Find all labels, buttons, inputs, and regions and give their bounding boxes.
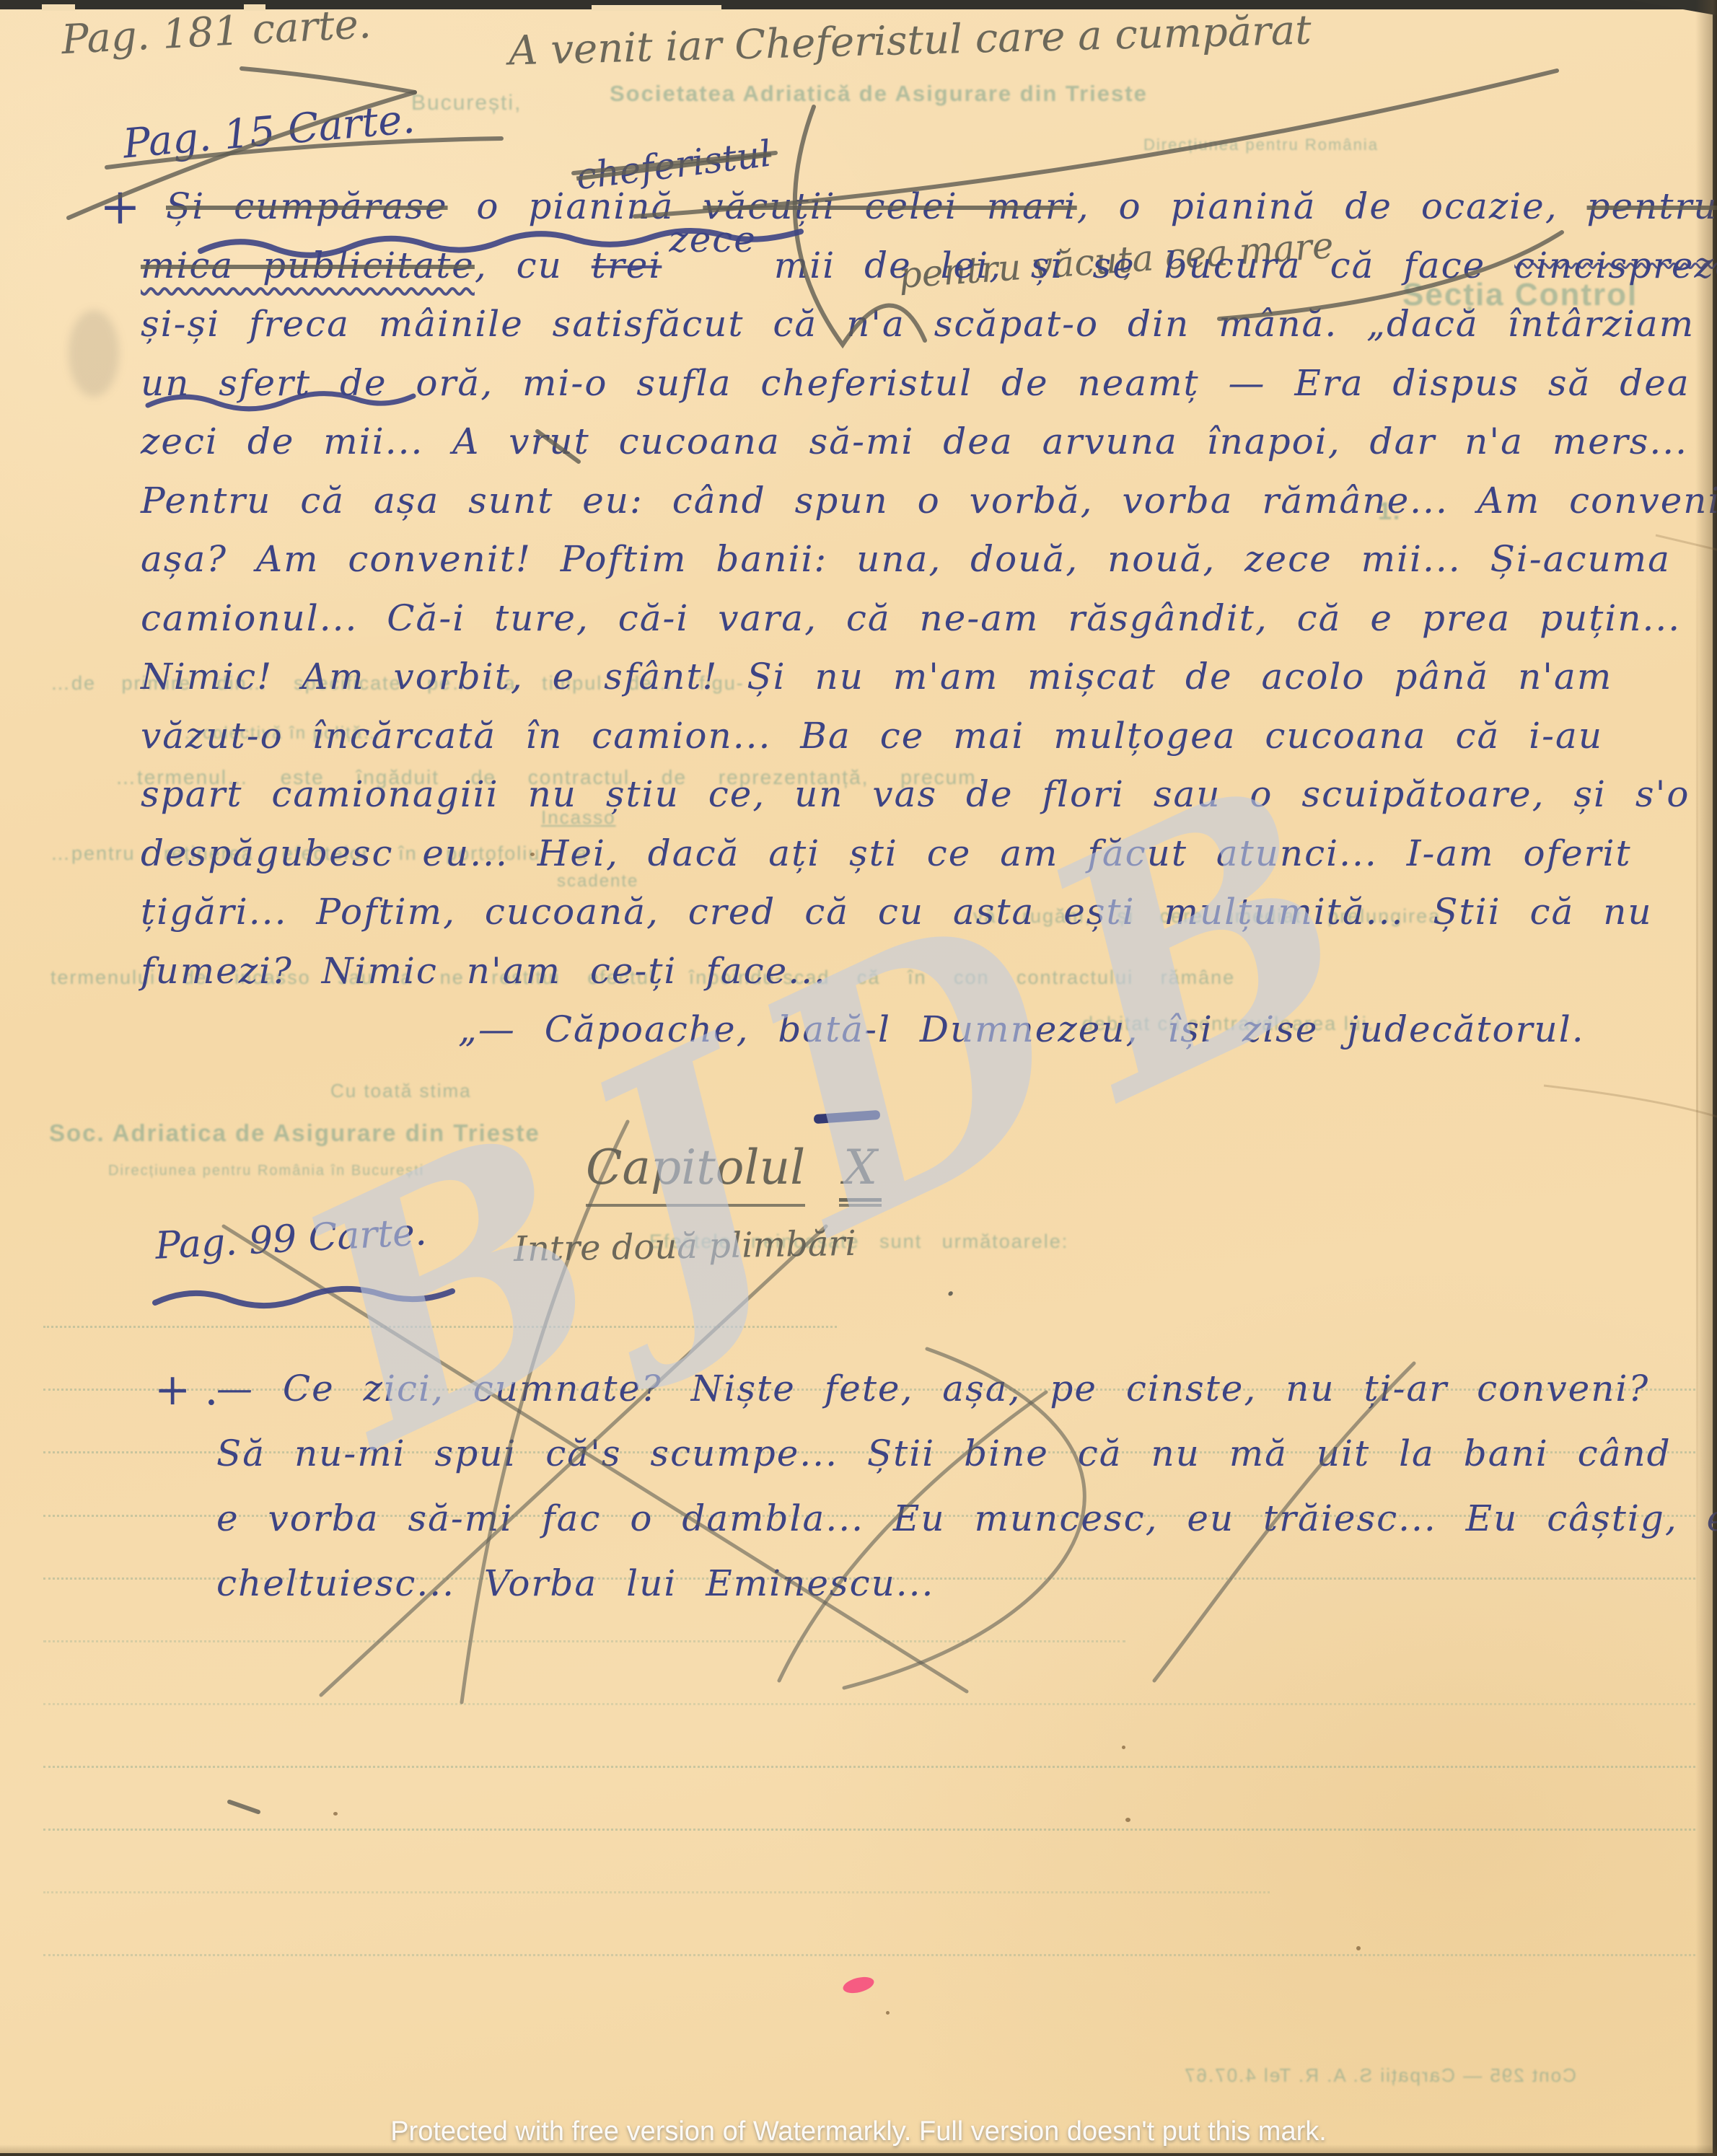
paper-speck <box>530 853 535 856</box>
ghost-print-footer: Cont 295 — Carpații S. A. R. Tel 4.07.67 <box>1183 2064 1576 2087</box>
manuscript-segment: mii de lei, și se bucura că face <box>745 245 1514 286</box>
manuscript-segment: și-și freca mâinile satisfăcut că n'a sc… <box>141 303 1695 345</box>
chapter-number: X <box>839 1140 882 1202</box>
dotted-rule <box>43 1891 1270 1893</box>
paper-speck <box>333 1812 338 1816</box>
paper-speck <box>886 2011 890 2015</box>
ghost-city: București, <box>411 91 522 115</box>
paper-speck <box>1125 1818 1130 1822</box>
manuscript-segment-sp: văcuții celei mari <box>703 185 1076 227</box>
manuscript-paragraph-1: Și cumpărase o pianină văcuții celei mar… <box>141 177 1699 1060</box>
manuscript-segment-si: trei <box>592 245 662 286</box>
manuscript-paragraph-2: — Ce zici, cumnate? Niște fete, așa, pe … <box>216 1356 1703 1616</box>
manuscript-line: despăgubesc eu... Hei, dacă ați ști ce a… <box>141 824 1699 884</box>
right-crease <box>1696 505 1698 1695</box>
manuscript-segment-sp: Și cumpărase <box>166 185 448 227</box>
manuscript-line: Pentru că așa sunt eu: când spun o vorbă… <box>141 472 1699 531</box>
manuscript-segment: , o pianină de ocazie, <box>1077 185 1587 227</box>
manuscript-segment: Nimic! Am vorbit, e sfânt! Și nu m'am mi… <box>141 656 1612 698</box>
manuscript-segment-siw: cincisprezece <box>1514 245 1717 286</box>
manuscript-line: cheltuiesc... Vorba lui Eminescu... <box>216 1551 1703 1616</box>
graphite-smudge <box>69 310 119 397</box>
manuscript-segment: o pianină <box>448 185 703 227</box>
chapter-subtitle: Intre două plimbări <box>514 1223 857 1270</box>
manuscript-segment: Să nu-mi spui că's scumpe... Știi bine c… <box>216 1433 1672 1474</box>
manuscript-line: mica publicitate, cu treizece mii de lei… <box>141 237 1699 296</box>
torn-edge-notch <box>592 5 721 11</box>
margin-plus-mark-2: + . <box>154 1365 218 1415</box>
manuscript-line: spart camionagiii nu știu ce, un vas de … <box>141 765 1699 824</box>
manuscript-segment: țigări... Poftim, cucoană, cred că cu as… <box>141 891 1653 933</box>
manuscript-segment: e vorba să-mi fac o dambla... Eu muncesc… <box>216 1497 1717 1539</box>
manuscript-segment: — Ce zici, cumnate? Niște fete, așa, pe … <box>216 1368 1649 1409</box>
dotted-rule <box>43 1640 1125 1642</box>
ghost-signature-direction: Direcțiunea pentru România în București <box>108 1163 424 1179</box>
right-paper-edge <box>1695 0 1717 2156</box>
manuscript-line: așa? Am convenit! Poftim banii: una, dou… <box>141 530 1699 589</box>
watermarkly-protection-notice: Protected with free version of Watermark… <box>0 2116 1717 2147</box>
manuscript-segment: „— Căpoache, bată-l Dumnezeu, își zise j… <box>458 1008 1585 1050</box>
manuscript-line: văzut-o încărcată în camion... Ba ce mai… <box>141 707 1699 766</box>
manuscript-line: Nimic! Am vorbit, e sfânt! Și nu m'am mi… <box>141 648 1699 707</box>
manuscript-line: și-și freca mâinile satisfăcut că n'a sc… <box>141 295 1699 354</box>
manuscript-line: camionul... Că-i ture, că-i vara, că ne-… <box>141 589 1699 648</box>
margin-plus-mark: + <box>100 179 141 236</box>
manuscript-segment: camionul... Că-i ture, că-i vara, că ne-… <box>141 597 1681 639</box>
manuscript-segment: spart camionagiii nu știu ce, un vas de … <box>141 773 1690 815</box>
manuscript-line: fumezi? Nimic n'am ce-ți face... <box>141 942 1699 1001</box>
manuscript-segment: despăgubesc eu... Hei, dacă ați ști ce a… <box>141 832 1632 874</box>
manuscript-line: un sfert de oră, mi-o sufla cheferistul … <box>141 354 1699 413</box>
torn-edge-notch <box>244 4 265 11</box>
manuscript-segment: Pentru că așa sunt eu: când spun o vorbă… <box>141 480 1717 522</box>
dotted-rule <box>43 1954 1695 1956</box>
chapter-title: Capitolul <box>586 1140 805 1207</box>
manuscript-segment: zeci de mii... A vrut cucoana să-mi dea … <box>141 421 1688 462</box>
ghost-signature-company: Soc. Adriatica de Asigurare din Trieste <box>49 1119 540 1147</box>
chapter-subtitle-period: . <box>945 1264 956 1304</box>
manuscript-segment-up: zece <box>669 211 757 270</box>
manuscript-line: Să nu-mi spui că's scumpe... Știi bine c… <box>216 1421 1703 1486</box>
manuscript-segment-spw: mica publicitate <box>141 245 475 286</box>
manuscript-segment: văzut-o încărcată în camion... Ba ce mai… <box>141 715 1603 757</box>
manuscript-line: zeci de mii... A vrut cucoana să-mi dea … <box>141 413 1699 472</box>
dotted-rule <box>43 1326 837 1328</box>
dotted-rule <box>43 1703 1695 1705</box>
scanned-manuscript-page: { "page": { "watermark_overlay": "BJDB",… <box>0 0 1717 2156</box>
manuscript-segment: cheltuiesc... Vorba lui Eminescu... <box>216 1562 934 1604</box>
manuscript-line: „— Căpoache, bată-l Dumnezeu, își zise j… <box>458 1000 1699 1060</box>
manuscript-segment: un sfert de oră, mi-o sufla cheferistul … <box>141 362 1717 404</box>
torn-edge-notch <box>42 4 75 11</box>
manuscript-line: — Ce zici, cumnate? Niște fete, așa, pe … <box>216 1356 1703 1421</box>
manuscript-segment: fumezi? Nimic n'am ce-ți face... <box>141 950 827 992</box>
ghost-company-title: Societatea Adriatică de Asigurare din Tr… <box>610 81 1148 107</box>
manuscript-segment: , cu <box>475 245 592 286</box>
ghost-direction-line: Direcțiunea pentru România <box>1143 136 1379 154</box>
paper-speck <box>1356 1946 1361 1950</box>
chapter-heading: Capitolul X <box>586 1140 882 1195</box>
dotted-rule <box>43 1829 1695 1831</box>
manuscript-line: e vorba să-mi fac o dambla... Eu muncesc… <box>216 1486 1703 1551</box>
ghost-closing: Cu toată stima <box>330 1080 472 1102</box>
dotted-rule <box>43 1766 1695 1768</box>
paper-speck <box>1122 1746 1125 1749</box>
manuscript-segment: așa? Am convenit! Poftim banii: una, dou… <box>141 538 1671 580</box>
chapter-number-wrap: X <box>839 1140 882 1207</box>
manuscript-line: țigări... Poftim, cucoană, cred că cu as… <box>141 883 1699 942</box>
manuscript-line: Și cumpărase o pianină văcuții celei mar… <box>166 177 1699 237</box>
